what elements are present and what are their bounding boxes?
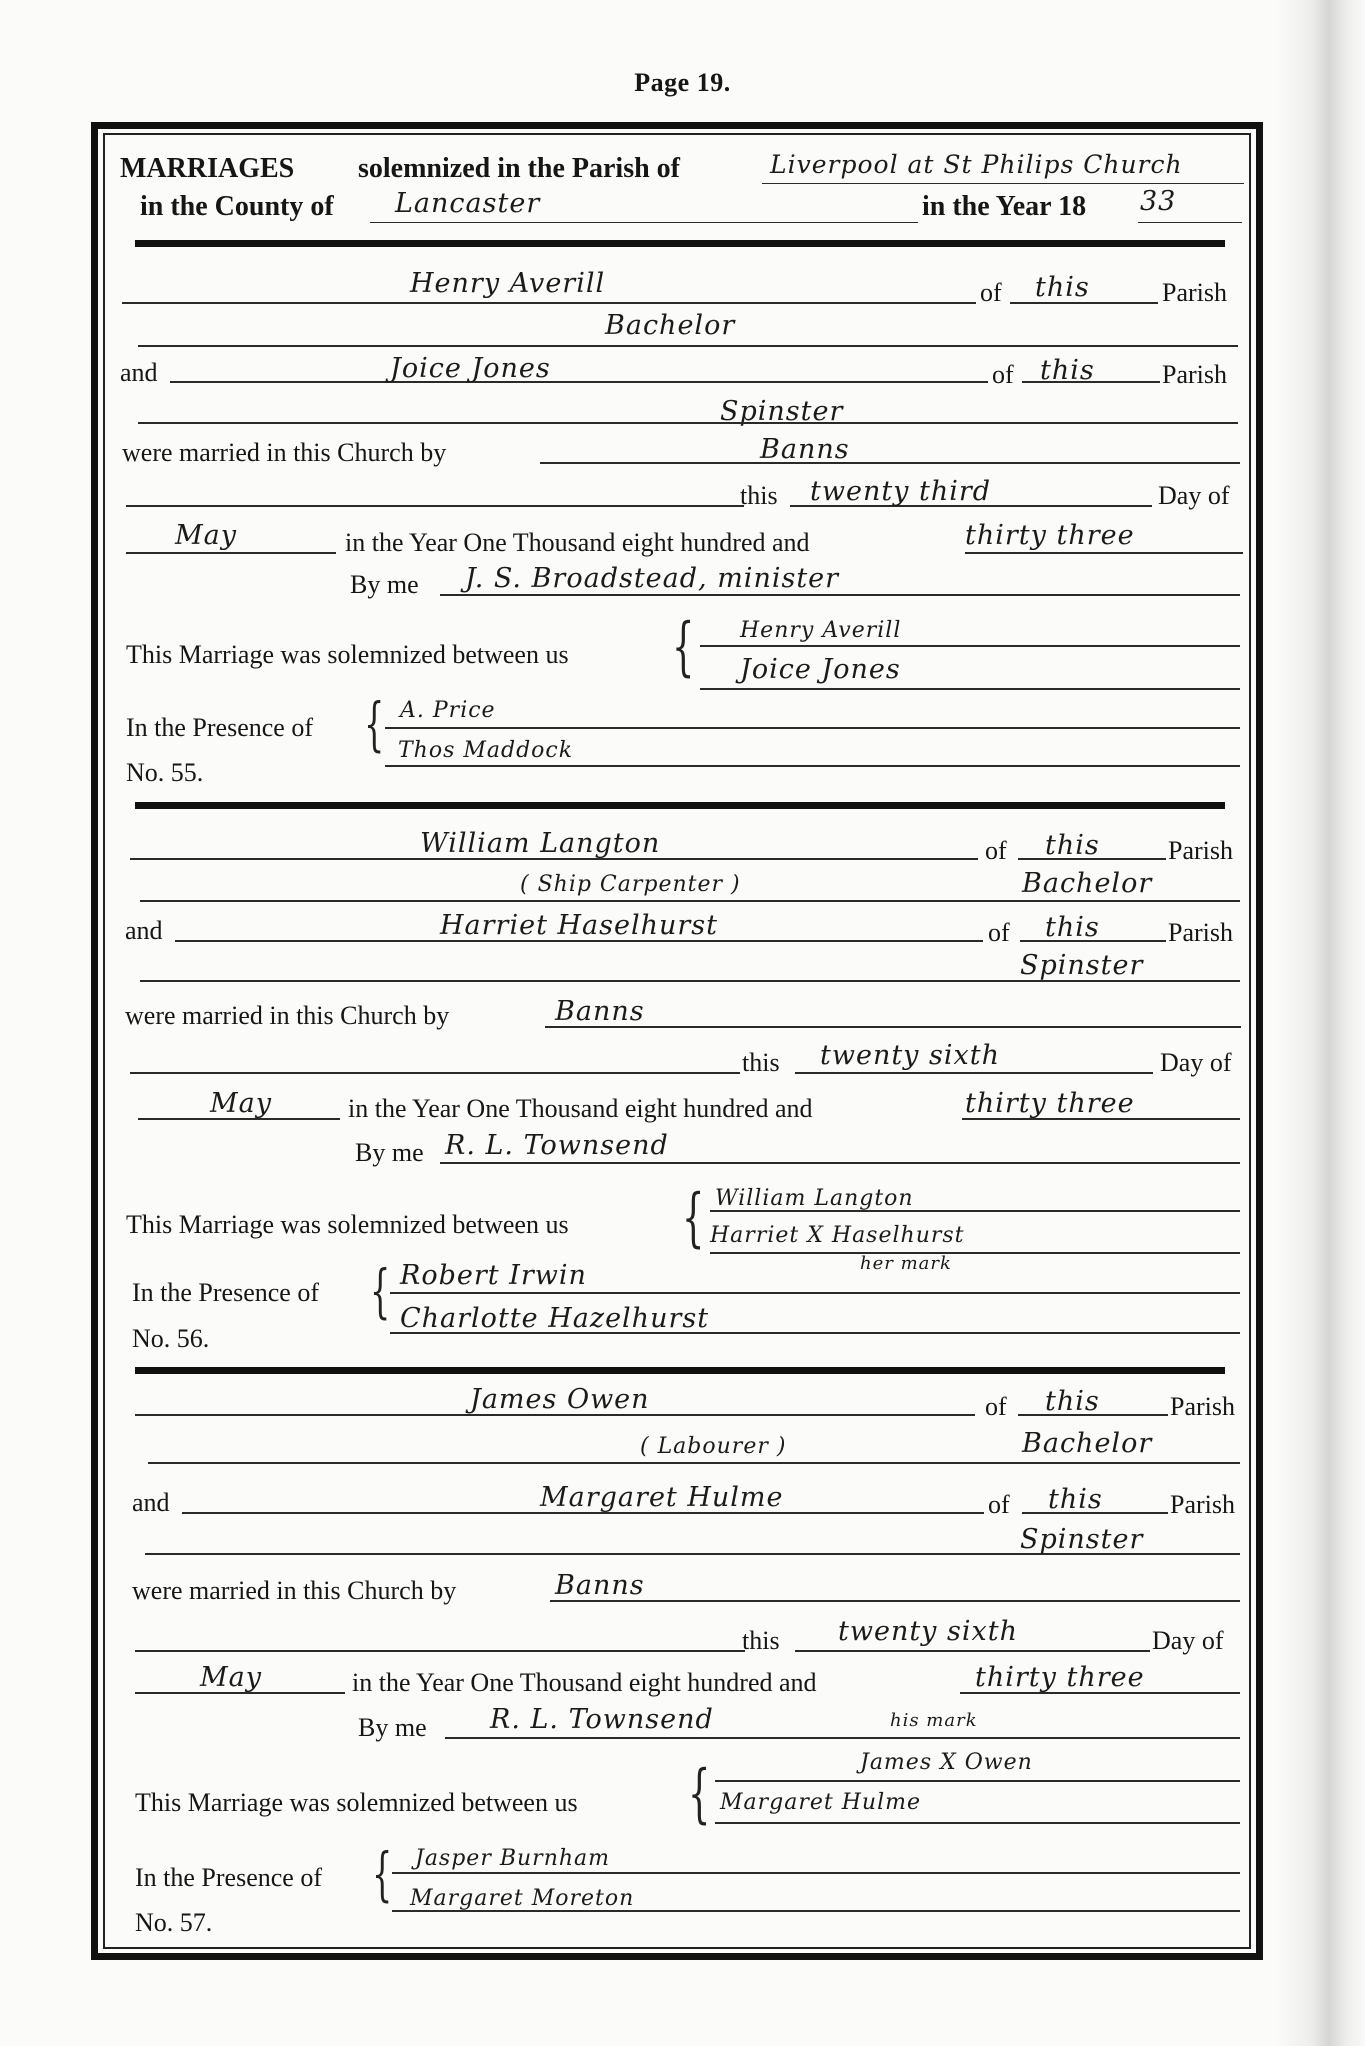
in-presence-of-label: In the Presence of <box>135 1865 322 1891</box>
bride-name: Harriet Haselhurst <box>440 912 718 939</box>
married-by-value: Banns <box>555 998 645 1025</box>
witness-1: Robert Irwin <box>400 1262 587 1289</box>
witness-1: A. Price <box>400 700 496 722</box>
brace-icon: { <box>688 1762 710 1826</box>
signature-bride: Harriet X Haselhurst <box>710 1225 965 1247</box>
of-label: of <box>988 920 1010 946</box>
brace-icon: { <box>682 1186 704 1250</box>
year-words-label: in the Year One Thousand eight hundred a… <box>345 530 810 556</box>
parish-label: Parish <box>1162 362 1227 388</box>
married-by-label: were married in this Church by <box>132 1578 456 1604</box>
groom-name: James Owen <box>470 1386 650 1413</box>
groom-occupation: ( Labourer ) <box>640 1436 786 1458</box>
day-of-label: Day of <box>1158 483 1229 509</box>
year-words-label: in the Year One Thousand eight hundred a… <box>352 1670 817 1696</box>
day-prefix-line <box>135 1650 745 1652</box>
county-label: in the County of <box>140 193 334 221</box>
day-of-label: Day of <box>1160 1050 1231 1076</box>
married-by-label: were married in this Church by <box>122 440 446 466</box>
signature-bride-line <box>715 1822 1240 1824</box>
section-divider <box>135 802 1225 809</box>
signature-groom: James X Owen <box>860 1752 1033 1774</box>
signature-groom: Henry Averill <box>740 620 901 642</box>
signature-groom: William Langton <box>715 1188 914 1210</box>
married-by-value: Banns <box>760 436 850 463</box>
signature-bride-line <box>700 688 1240 690</box>
groom-condition: Bachelor <box>605 312 735 339</box>
groom-name: William Langton <box>420 830 660 857</box>
bride-name: Margaret Hulme <box>540 1484 784 1511</box>
entry-number: No. 56. <box>132 1326 209 1352</box>
married-by-value: Banns <box>555 1572 645 1599</box>
day-value: twenty sixth <box>820 1042 1000 1069</box>
signature-bride-line <box>710 1252 1240 1254</box>
day-value: twenty third <box>810 478 991 505</box>
year-words-line <box>965 552 1243 554</box>
day-prefix-line <box>126 505 744 507</box>
page-edge-shadow <box>1275 0 1365 2046</box>
brace-icon: { <box>370 1262 390 1320</box>
day-of-label: Day of <box>1152 1628 1223 1654</box>
header-title-bold: MARRIAGES <box>120 155 294 183</box>
day-prefix-line <box>130 1072 740 1074</box>
parish-label: Parish <box>1168 920 1233 946</box>
signature-bride: Margaret Hulme <box>720 1792 921 1814</box>
brace-icon: { <box>372 1845 392 1903</box>
bride-mark-note: her mark <box>860 1255 952 1273</box>
parish-value: Liverpool at St Philips Church <box>770 152 1183 177</box>
by-me-label: By me <box>358 1715 427 1741</box>
parish-label: Parish <box>1170 1492 1235 1518</box>
county-value-line <box>370 222 918 223</box>
married-by-line <box>540 462 1240 464</box>
witness-2-line <box>385 765 1240 767</box>
officiant-signature: R. L. Townsend <box>490 1706 714 1733</box>
and-label: and <box>125 918 163 944</box>
year-words-value: thirty three <box>975 1664 1145 1691</box>
witness-2-line <box>392 1910 1240 1912</box>
month-value: May <box>210 1090 272 1117</box>
month-line <box>126 552 336 554</box>
header-title-rest: solemnized in the Parish of <box>358 155 680 183</box>
this-label: this <box>742 1050 780 1076</box>
groom-occupation: ( Ship Carpenter ) <box>520 874 741 896</box>
section-divider <box>135 240 1225 247</box>
year-value: 33 <box>1140 188 1176 215</box>
bride-condition: Spinster <box>1020 1526 1143 1553</box>
of-label: of <box>980 280 1002 306</box>
parish-label: Parish <box>1168 838 1233 864</box>
parish-label: Parish <box>1170 1394 1235 1420</box>
witness-1: Jasper Burnham <box>415 1848 610 1870</box>
year-words-label: in the Year One Thousand eight hundred a… <box>348 1096 813 1122</box>
entry-number: No. 57. <box>135 1910 212 1936</box>
officiant-line <box>440 1162 1240 1164</box>
and-label: and <box>120 360 158 386</box>
in-presence-of-label: In the Presence of <box>126 715 313 741</box>
parish-value-line <box>762 183 1244 184</box>
groom-name-line <box>122 302 976 304</box>
married-by-line <box>550 1600 1240 1602</box>
year-value-line <box>1138 222 1242 223</box>
bride-condition-line <box>138 422 1238 424</box>
month-value: May <box>200 1664 262 1691</box>
day-value: twenty sixth <box>838 1618 1018 1645</box>
entry-number: No. 55. <box>126 760 203 786</box>
solemnized-between-label: This Marriage was solemnized between us <box>126 1212 569 1238</box>
groom-parish: this <box>1045 832 1100 859</box>
witness-2: Thos Maddock <box>398 740 573 762</box>
married-by-line <box>545 1026 1241 1028</box>
and-label: and <box>132 1490 170 1516</box>
groom-parish: this <box>1045 1388 1100 1415</box>
married-by-label: were married in this Church by <box>125 1003 449 1029</box>
groom-condition: Bachelor <box>1022 1430 1152 1457</box>
signature-groom-line <box>715 1780 1240 1782</box>
groom-condition: Bachelor <box>1022 870 1152 897</box>
witness-1-line <box>392 1872 1240 1874</box>
groom-condition-line <box>138 345 1238 347</box>
brace-icon: { <box>364 695 384 753</box>
by-me-label: By me <box>355 1140 424 1166</box>
this-label: this <box>742 1628 780 1654</box>
year-label: in the Year 18 <box>922 193 1086 221</box>
bride-condition: Spinster <box>1020 952 1143 979</box>
brace-icon: { <box>672 615 694 679</box>
groom-condition-line <box>140 900 1240 902</box>
groom-name: Henry Averill <box>410 270 605 297</box>
witness-1-line <box>385 727 1240 729</box>
page-number: Page 19. <box>0 70 1365 96</box>
officiant-signature: J. S. Broadstead, minister <box>465 565 839 592</box>
section-divider <box>135 1367 1225 1374</box>
witness-2-line <box>390 1332 1240 1334</box>
signature-groom-line <box>700 645 1240 647</box>
county-value: Lancaster <box>395 190 540 217</box>
solemnized-between-label: This Marriage was solemnized between us <box>126 642 569 668</box>
in-presence-of-label: In the Presence of <box>132 1280 319 1306</box>
bride-condition: Spinster <box>720 398 843 425</box>
signature-bride: Joice Jones <box>740 656 901 683</box>
groom-condition-line <box>148 1462 1240 1464</box>
parish-label: Parish <box>1162 280 1227 306</box>
bride-parish: this <box>1048 1486 1103 1513</box>
bride-parish: this <box>1040 357 1095 384</box>
groom-mark-note: his mark <box>890 1712 978 1730</box>
of-label: of <box>985 1394 1007 1420</box>
bride-parish: this <box>1045 914 1100 941</box>
year-words-value: thirty three <box>965 522 1135 549</box>
month-value: May <box>175 522 237 549</box>
signature-groom-line <box>710 1210 1240 1212</box>
solemnized-between-label: This Marriage was solemnized between us <box>135 1790 578 1816</box>
of-label: of <box>985 838 1007 864</box>
witness-1-line <box>390 1292 1240 1294</box>
officiant-line <box>440 594 1240 596</box>
by-me-label: By me <box>350 572 419 598</box>
officiant-signature: R. L. Townsend <box>445 1132 669 1159</box>
bride-name: Joice Jones <box>390 355 551 382</box>
year-words-value: thirty three <box>965 1090 1135 1117</box>
groom-parish: this <box>1035 274 1090 301</box>
day-line <box>795 1650 1150 1652</box>
this-label: this <box>740 483 778 509</box>
witness-2: Charlotte Hazelhurst <box>400 1305 709 1332</box>
of-label: of <box>992 362 1014 388</box>
witness-2: Margaret Moreton <box>410 1888 634 1910</box>
of-label: of <box>988 1492 1010 1518</box>
bride-name-line <box>170 381 988 383</box>
officiant-line <box>445 1737 1240 1739</box>
day-line <box>795 1072 1153 1074</box>
